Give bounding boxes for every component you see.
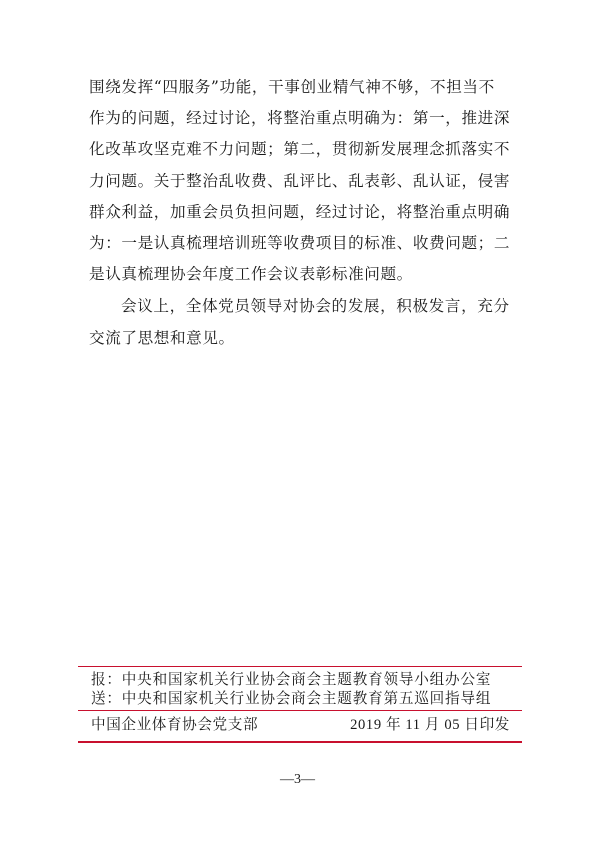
issuer-row: 中国企业体育协会党支部 2019 年 11 月 05 日印发 [78,711,522,741]
text-line: 作为的问题，经过讨论，将整治重点明确为：第一，推进深 [89,103,509,134]
report-to-line: 报：中央和国家机关行业协会商会主题教育领导小组办公室 [78,670,522,689]
text-line: 为：一是认真梳理培训班等收费项目的标准、收费问题；二 [89,228,509,259]
paragraph-2: 会议上，全体党员领导对协会的发展，积极发言，充分 交流了思想和意见。 [89,291,509,353]
distribution-footer: 报：中央和国家机关行业协会商会主题教育领导小组办公室 送：中央和国家机关行业协会… [78,666,522,743]
bottom-red-rule [78,741,522,743]
send-to-line: 送：中央和国家机关行业协会商会主题教育第五巡回指导组 [78,689,522,708]
page-number: —3— [0,772,595,788]
text-line: 是认真梳理协会年度工作会议表彰标准问题。 [89,259,509,290]
text-line: 交流了思想和意见。 [89,323,509,354]
text-line: 群众利益，加重会员负担问题，经过讨论，将整治重点明确 [89,197,509,228]
text-line: 化改革攻坚克难不力问题；第二，贯彻新发展理念抓落实不 [89,134,509,165]
text-line: 力问题。关于整治乱收费、乱评比、乱表彰、乱认证，侵害 [89,166,509,197]
paragraph-1: 围绕发挥“四服务”功能，干事创业精气神不够，不担当不 作为的问题，经过讨论，将整… [89,72,509,290]
issue-date: 2019 年 11 月 05 日印发 [350,715,510,735]
text-line: 围绕发挥“四服务”功能，干事创业精气神不够，不担当不 [89,72,509,103]
document-body: 围绕发挥“四服务”功能，干事创业精气神不够，不担当不 作为的问题，经过讨论，将整… [89,72,509,354]
text-line: 会议上，全体党员领导对协会的发展，积极发言，充分 [89,291,509,322]
issuer-name: 中国企业体育协会党支部 [91,715,258,735]
